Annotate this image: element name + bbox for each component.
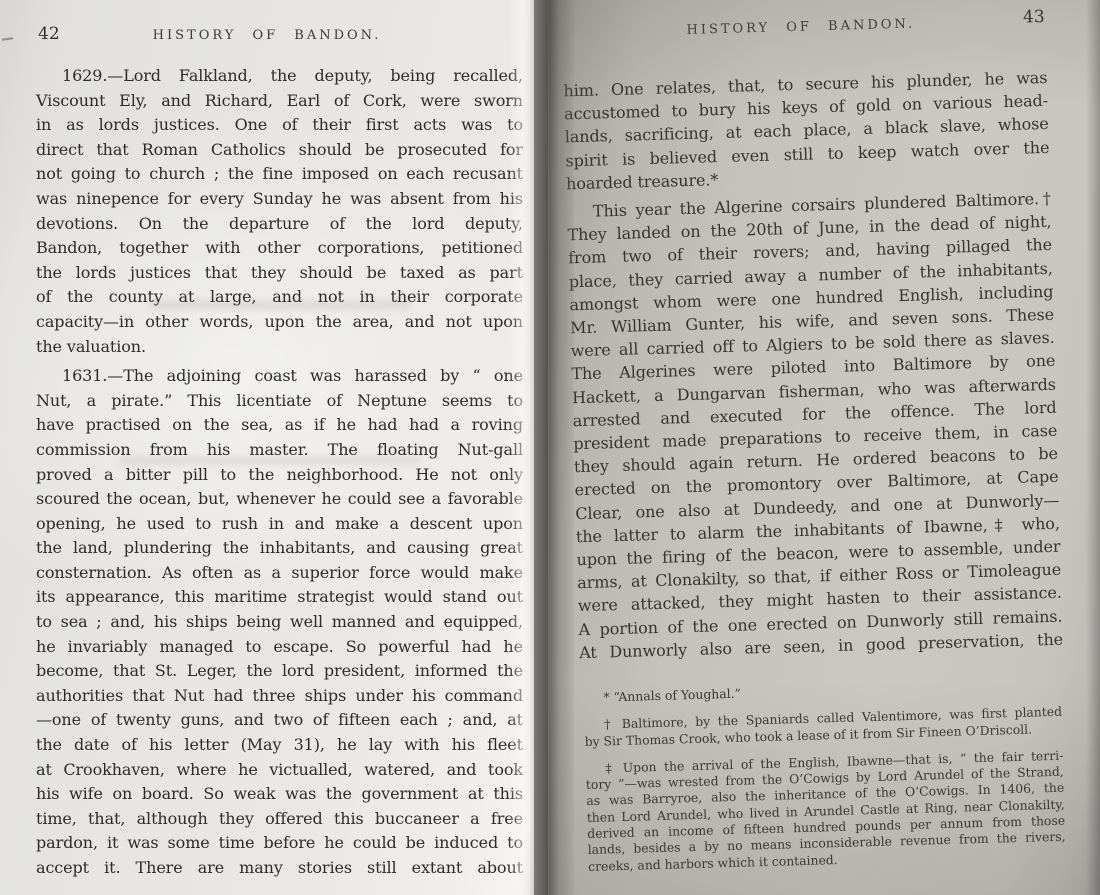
text-line: devotions. On the departure of the lord … <box>36 212 523 237</box>
text-line: Nut, a pirate.” This licentiate of Neptu… <box>36 389 523 414</box>
paragraph: 1629.—Lord Falkland, the deputy, being r… <box>36 64 523 359</box>
text-line: its appearance, this maritime strategist… <box>36 585 523 610</box>
text-line: in as lords justices. One of their first… <box>36 113 523 138</box>
paragraph: * “Annals of Youghal.” <box>583 677 1061 707</box>
text-line: —one of twenty guns, and two of fifteen … <box>36 708 523 733</box>
right-page-body: him. One relates, that, to secure his pl… <box>563 66 1063 664</box>
page-right: 43 HISTORY OF BANDON. him. One relates, … <box>548 0 1100 895</box>
paragraph: 1631.—The adjoining coast was harassed b… <box>36 364 523 880</box>
text-line: the valuation. <box>36 335 523 360</box>
text-line: proved a bitter pill to the neighborhood… <box>36 463 523 488</box>
paragraph: him. One relates, that, to secure his pl… <box>563 66 1050 195</box>
text-line: was ninepence for every Sunday he was ab… <box>36 187 523 212</box>
paragraph: † Baltimore, by the Spaniards called Val… <box>584 704 1063 750</box>
right-page-content: 43 HISTORY OF BANDON. him. One relates, … <box>524 0 1100 895</box>
text-line: 1629.—Lord Falkland, the deputy, being r… <box>36 64 523 89</box>
text-line: accept it. There are many stories still … <box>36 856 523 881</box>
text-line: scoured the ocean, but, whenever he coul… <box>36 487 523 512</box>
text-line: the land, plundering the inhabitants, an… <box>36 536 523 561</box>
text-line: time, that, although they offered this b… <box>36 807 523 832</box>
text-line: * “Annals of Youghal.” <box>583 677 1061 707</box>
footnotes: * “Annals of Youghal.”† Baltimore, by th… <box>583 677 1066 875</box>
text-line: authorities that Nut had three ships und… <box>36 684 523 709</box>
text-line: the lords justices that they should be t… <box>36 261 523 286</box>
text-line: capacity—in other words, upon the area, … <box>36 310 523 335</box>
book-scan: 42 HISTORY OF BANDON. 1629.—Lord Falklan… <box>0 0 1100 895</box>
text-line: commission from his master. The floating… <box>36 438 523 463</box>
text-line: consternation. As often as a superior fo… <box>36 561 523 586</box>
left-running-title: HISTORY OF BANDON. <box>0 28 534 43</box>
text-line: 1631.—The adjoining coast was harassed b… <box>36 364 523 389</box>
text-line: pardon, it was some time before he could… <box>36 831 523 856</box>
text-line: direct that Roman Catholics should be pr… <box>36 138 523 163</box>
text-line: to sea ; and, his ships being well manne… <box>36 610 523 635</box>
text-line: the date of his letter (May 31), he lay … <box>36 733 523 758</box>
text-line: of the county at large, and not in their… <box>36 285 523 310</box>
text-line: become, that St. Leger, the lord preside… <box>36 659 523 684</box>
paragraph: This year the Algerine corsairs plundere… <box>567 187 1064 664</box>
right-running-title: HISTORY OF BANDON. <box>525 12 1077 42</box>
text-line: Bandon, together with other corporations… <box>36 236 523 261</box>
text-line: he invariably managed to escape. So powe… <box>36 635 523 660</box>
page-left: 42 HISTORY OF BANDON. 1629.—Lord Falklan… <box>0 0 534 895</box>
text-line: opening, he used to rush in and make a d… <box>36 512 523 537</box>
text-line: Viscount Ely, and Richard, Earl of Cork,… <box>36 89 523 114</box>
text-line: at Crookhaven, where he victualled, wate… <box>36 758 523 783</box>
left-page-body: 1629.—Lord Falkland, the deputy, being r… <box>36 64 523 881</box>
paragraph: ‡ Upon the arrival of the English, Ibawn… <box>585 748 1066 875</box>
text-line: have practised on the sea, as if he had … <box>36 413 523 438</box>
text-line: his wife on board. So weak was the gover… <box>36 782 523 807</box>
text-line: not going to church ; the fine imposed o… <box>36 162 523 187</box>
